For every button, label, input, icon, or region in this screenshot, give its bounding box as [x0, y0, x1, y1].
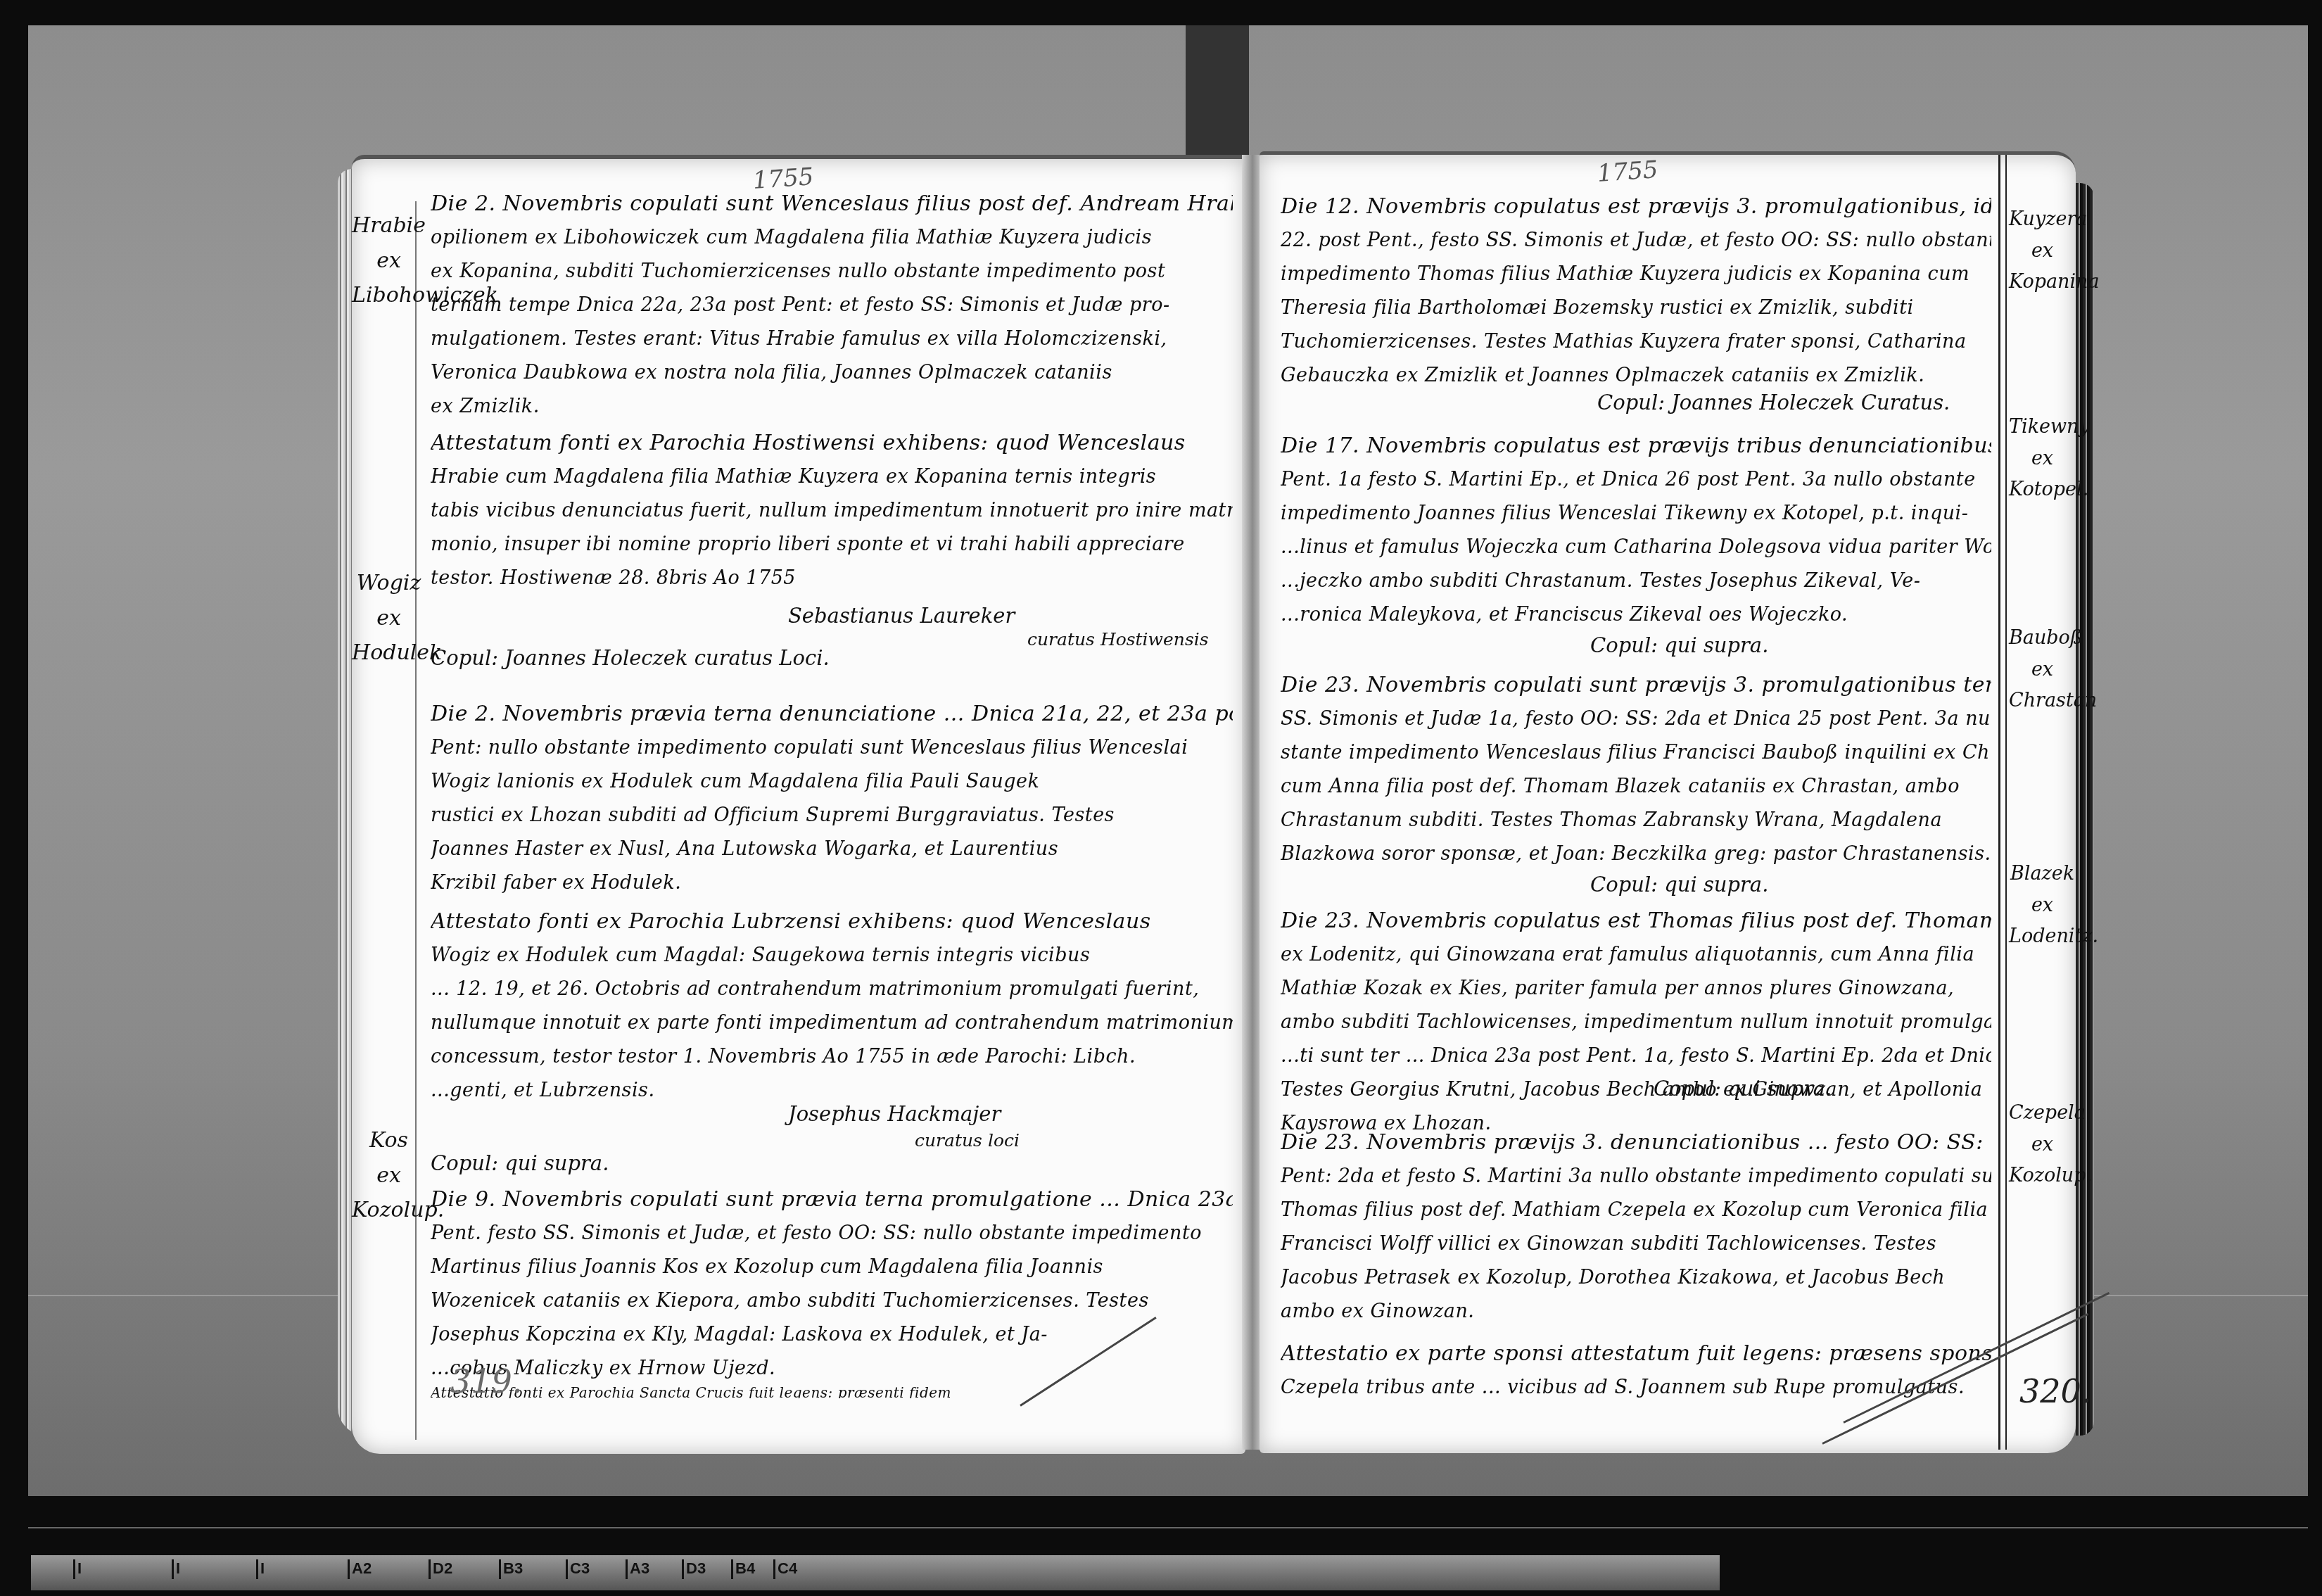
margin-ex: ex — [2009, 1129, 2076, 1161]
entry-line: Theresia filia Bartholomæi Bozemsky rust… — [1281, 291, 1991, 325]
margin-ex: ex — [352, 601, 426, 636]
entry-line: ambo ex Ginowzan. — [1281, 1295, 1991, 1329]
target-label: I — [256, 1559, 265, 1579]
margin-ex: ex — [2009, 443, 2076, 475]
entry-line: Czepela tribus ante ... vicibus ad S. Jo… — [1281, 1371, 1991, 1405]
entry-line: stante impedimento Wenceslaus filius Fra… — [1281, 736, 1991, 770]
entry-line: ambo subditi Tachlowicenses, impedimentu… — [1281, 1006, 1991, 1039]
entry-line: Martinus filius Joannis Kos ex Kozolup c… — [431, 1250, 1233, 1284]
margin-rule — [2005, 155, 2007, 1450]
copulavit-note: Copul: qui supra. — [431, 1151, 609, 1175]
entry-line: Attestatio ex parte sponsi attestatum fu… — [1281, 1337, 1991, 1371]
entry-line: Die 12. Novembris copulatus est prævijs … — [1281, 190, 1991, 224]
target-label: A3 — [626, 1559, 649, 1579]
entry-line: ternam tempe Dnica 22a, 23a post Pent: e… — [431, 289, 1233, 322]
entry-line: Pent: 2da et festo S. Martini 3a nullo o… — [1281, 1160, 1991, 1193]
margin-ex: ex — [2009, 654, 2076, 686]
margin-place: Hodulek — [352, 635, 426, 671]
entry-line: Blazkowa soror sponsæ, et Joan: Beczkilk… — [1281, 837, 1991, 871]
entry-line: tabis vicibus denunciatus fuerit, nullum… — [431, 494, 1233, 528]
entry-line: Pent. 1a festo S. Martini Ep., et Dnica … — [1281, 463, 1991, 497]
entry-line: Krzibil faber ex Hodulek. — [431, 866, 1233, 900]
entry-line: Attestatio fonti ex Parochia Sancta Cruc… — [431, 1387, 1233, 1398]
entry-line: Die 23. Novembris copulatus est Thomas f… — [1281, 904, 1991, 938]
margin-name-kos: Kos ex Kozolup. — [352, 1123, 426, 1228]
attestation-entry: Attestatum fonti ex Parochia Hostiwensi … — [431, 426, 1233, 595]
target-label: I — [73, 1559, 82, 1579]
entry-line: Chrastanum subditi. Testes Thomas Zabran… — [1281, 804, 1991, 837]
entry-line: Pent: nullo obstante impedimento copulat… — [431, 731, 1233, 765]
attestation-entry: Attestato fonti ex Parochia Lubrzensi ex… — [431, 905, 1233, 1108]
entry-line: ex Lodenitz, qui Ginowzana erat famulus … — [1281, 938, 1991, 972]
entry-line: Jacobus Petrasek ex Kozolup, Dorothea Ki… — [1281, 1261, 1991, 1295]
entry-line: Die 2. Novembris prævia terna denunciati… — [431, 697, 1233, 731]
margin-surname: Czepela — [2009, 1098, 2076, 1129]
entry-line: Die 17. Novembris copulatus est prævijs … — [1281, 429, 1991, 463]
margin-ex: ex — [2009, 890, 2076, 922]
signature-title: curatus Hostiwensis — [1027, 629, 1209, 650]
entry-line: ...ronica Maleykova, et Franciscus Zikev… — [1281, 598, 1991, 632]
entry-line: Attestatum fonti ex Parochia Hostiwensi … — [431, 426, 1233, 460]
right-page: 1755 Kuyzera ex Kopanina Die 12. Novembr… — [1260, 151, 2076, 1453]
signature-title: curatus loci — [915, 1130, 1020, 1151]
entry-line: testor. Hostiwenæ 28. 8bris Ao 1755 — [431, 562, 1233, 595]
copulavit-note: Copul: Joannes Holeczek curatus Loci. — [431, 646, 830, 670]
copulavit-note: Copul: qui supra. — [1590, 633, 1768, 657]
entry-line: cum Anna filia post def. Thomam Blazek c… — [1281, 770, 1991, 804]
marriage-entry: Die 2. Novembris prævia terna denunciati… — [431, 697, 1233, 900]
marriage-entry: Die 23. Novembris copulatus est Thomas f… — [1281, 904, 1991, 1141]
left-page: 1755 Hrabie ex Libohowiczek Die 2. Novem… — [352, 155, 1245, 1454]
entry-line: Mathiæ Kozak ex Kies, pariter famula per… — [1281, 972, 1991, 1006]
entry-line: Die 23. Novembris copulati sunt prævijs … — [1281, 669, 1991, 702]
margin-name-wogiz: Wogiz ex Hodulek — [352, 566, 426, 671]
entry-line: rustici ex Lhozan subditi ad Officium Su… — [431, 799, 1233, 832]
margin-surname: Kos — [352, 1123, 426, 1158]
entry-line: SS. Simonis et Judæ 1a, festo OO: SS: 2d… — [1281, 702, 1991, 736]
target-label: B3 — [499, 1559, 523, 1579]
entry-line: opilionem ex Libohowiczek cum Magdalena … — [431, 221, 1233, 255]
attestation-entry: Attestatio ex parte sponsi attestatum fu… — [1281, 1337, 1991, 1405]
margin-surname: Blazek — [2009, 859, 2076, 890]
margin-place: Kopanina — [2009, 267, 2076, 298]
entry-line: Die 9. Novembris copulati sunt prævia te… — [431, 1183, 1233, 1217]
entry-line: monio, insuper ibi nomine proprio liberi… — [431, 528, 1233, 562]
entry-line: Joannes Haster ex Nusl, Ana Lutowska Wog… — [431, 832, 1233, 866]
page-stack-edges-right — [2076, 183, 2094, 1436]
folio-number: 319. — [450, 1362, 522, 1400]
marriage-entry: Die 9. Novembris copulati sunt prævia te… — [431, 1183, 1233, 1386]
entry-line: Tuchomierzicenses. Testes Mathias Kuyzer… — [1281, 325, 1991, 359]
entry-line: Attestato fonti ex Parochia Lubrzensi ex… — [431, 905, 1233, 939]
margin-name-blazek: Blazek ex Lodenitz. — [2009, 859, 2076, 953]
margin-rule — [1998, 155, 2000, 1450]
margin-surname: Tikewny — [2009, 412, 2076, 443]
margin-place: Libohowiczek — [352, 278, 426, 313]
margin-place: Kozolup. — [352, 1193, 426, 1228]
entry-line: ex Kopanina, subditi Tuchomierzicenses n… — [431, 255, 1233, 289]
margin-rule — [415, 201, 417, 1440]
entry-line: concessum, testor testor 1. Novembris Ao… — [431, 1040, 1233, 1074]
attestation-entry: Attestatio fonti ex Parochia Sancta Cruc… — [431, 1387, 1233, 1398]
entry-line: ...cobus Maliczky ex Hrnow Ujezd. — [431, 1352, 1233, 1386]
margin-surname: Wogiz — [352, 566, 426, 601]
margin-ex: ex — [352, 243, 426, 279]
target-label: B4 — [731, 1559, 755, 1579]
entry-line: Hrabie cum Magdalena filia Mathiæ Kuyzer… — [431, 460, 1233, 494]
scan-target-strip: I I I A2 D2 B3 C3 A3 D3 B4 C4 — [31, 1555, 1720, 1590]
target-label: D2 — [429, 1559, 452, 1579]
target-label: D3 — [682, 1559, 706, 1579]
entry-line: Die 23. Novembris prævijs 3. denunciatio… — [1281, 1126, 1991, 1160]
entry-line: ...jeczko ambo subditi Chrastanum. Teste… — [1281, 564, 1991, 598]
entry-line: ... 12. 19, et 26. Octobris ad contrahen… — [431, 973, 1233, 1006]
margin-place: Lodenitz. — [2009, 921, 2076, 953]
scan-artifact-line — [28, 1527, 2308, 1528]
margin-ex: ex — [352, 1158, 426, 1193]
margin-name-hrabie: Hrabie ex Libohowiczek — [352, 208, 426, 313]
margin-name-tikewny: Tikewny ex Kotopel. — [2009, 412, 2076, 506]
marriage-entry: Die 23. Novembris prævijs 3. denunciatio… — [1281, 1126, 1991, 1329]
margin-surname: Bauboß — [2009, 623, 2076, 654]
entry-line: impedimento Joannes filius Wenceslai Tik… — [1281, 497, 1991, 531]
entry-line: Veronica Daubkowa ex nostra nola filia, … — [431, 356, 1233, 390]
entry-line: Pent. festo SS. Simonis et Judæ, et fest… — [431, 1217, 1233, 1250]
entry-line: ex Zmizlik. — [431, 390, 1233, 424]
target-label: C4 — [773, 1559, 797, 1579]
margin-surname: Kuyzera — [2009, 204, 2076, 236]
entry-line: 22. post Pent., festo SS. Simonis et Jud… — [1281, 224, 1991, 258]
target-label: C3 — [566, 1559, 590, 1579]
entry-line: Thomas filius post def. Mathiam Czepela … — [1281, 1193, 1991, 1227]
book-gutter-shadow — [1186, 25, 1249, 166]
marriage-entry: Die 12. Novembris copulatus est prævijs … — [1281, 190, 1991, 393]
entry-line: Gebauczka ex Zmizlik et Joannes Oplmacze… — [1281, 359, 1991, 393]
entry-line: Francisci Wolff villici ex Ginowzan subd… — [1281, 1227, 1991, 1261]
entry-line: Testes Georgius Krutni, Jacobus Bech amb… — [1281, 1073, 1991, 1107]
copulavit-note: Copul: Joannes Holeczek Curatus. — [1597, 391, 1950, 414]
target-label: I — [172, 1559, 180, 1579]
margin-ex: ex — [2009, 236, 2076, 267]
margin-place: Kozolup. — [2009, 1160, 2076, 1192]
marriage-entry: Die 23. Novembris copulati sunt prævijs … — [1281, 669, 1991, 871]
entry-line: mulgationem. Testes erant: Vitus Hrabie … — [431, 322, 1233, 356]
signature: Josephus Hackmajer — [788, 1102, 1001, 1126]
copulavit-note: Copul: qui supra. — [1654, 1077, 1832, 1101]
margin-name-kuyzera: Kuyzera ex Kopanina — [2009, 204, 2076, 298]
signature: Sebastianus Laureker — [788, 604, 1015, 628]
entry-line: Wozenicek cataniis ex Kiepora, ambo subd… — [431, 1284, 1233, 1318]
margin-place: Kotopel. — [2009, 474, 2076, 506]
entry-line: Wogiz lanionis ex Hodulek cum Magdalena … — [431, 765, 1233, 799]
entry-line: Wogiz ex Hodulek cum Magdal: Saugekowa t… — [431, 939, 1233, 973]
year-header: 1755 — [1597, 156, 1659, 188]
entry-line: ...linus et famulus Wojeczka cum Cathari… — [1281, 531, 1991, 564]
entry-line: ...ti sunt ter ... Dnica 23a post Pent. … — [1281, 1039, 1991, 1073]
margin-name-bauboss: Bauboß ex Chrastan — [2009, 623, 2076, 717]
marriage-entry: Die 17. Novembris copulatus est prævijs … — [1281, 429, 1991, 632]
target-label: A2 — [348, 1559, 372, 1579]
margin-name-czepela: Czepela ex Kozolup. — [2009, 1098, 2076, 1192]
entry-line: Die 2. Novembris copulati sunt Wenceslau… — [431, 187, 1233, 221]
entry-line: nullumque innotuit ex parte fonti impedi… — [431, 1006, 1233, 1040]
margin-surname: Hrabie — [352, 208, 426, 243]
folio-number: 320. — [2019, 1372, 2091, 1410]
entry-line: impedimento Thomas filius Mathiæ Kuyzera… — [1281, 258, 1991, 291]
copulavit-note: Copul: qui supra. — [1590, 873, 1768, 897]
margin-place: Chrastan — [2009, 685, 2076, 717]
marriage-entry: Die 2. Novembris copulati sunt Wenceslau… — [431, 187, 1233, 424]
